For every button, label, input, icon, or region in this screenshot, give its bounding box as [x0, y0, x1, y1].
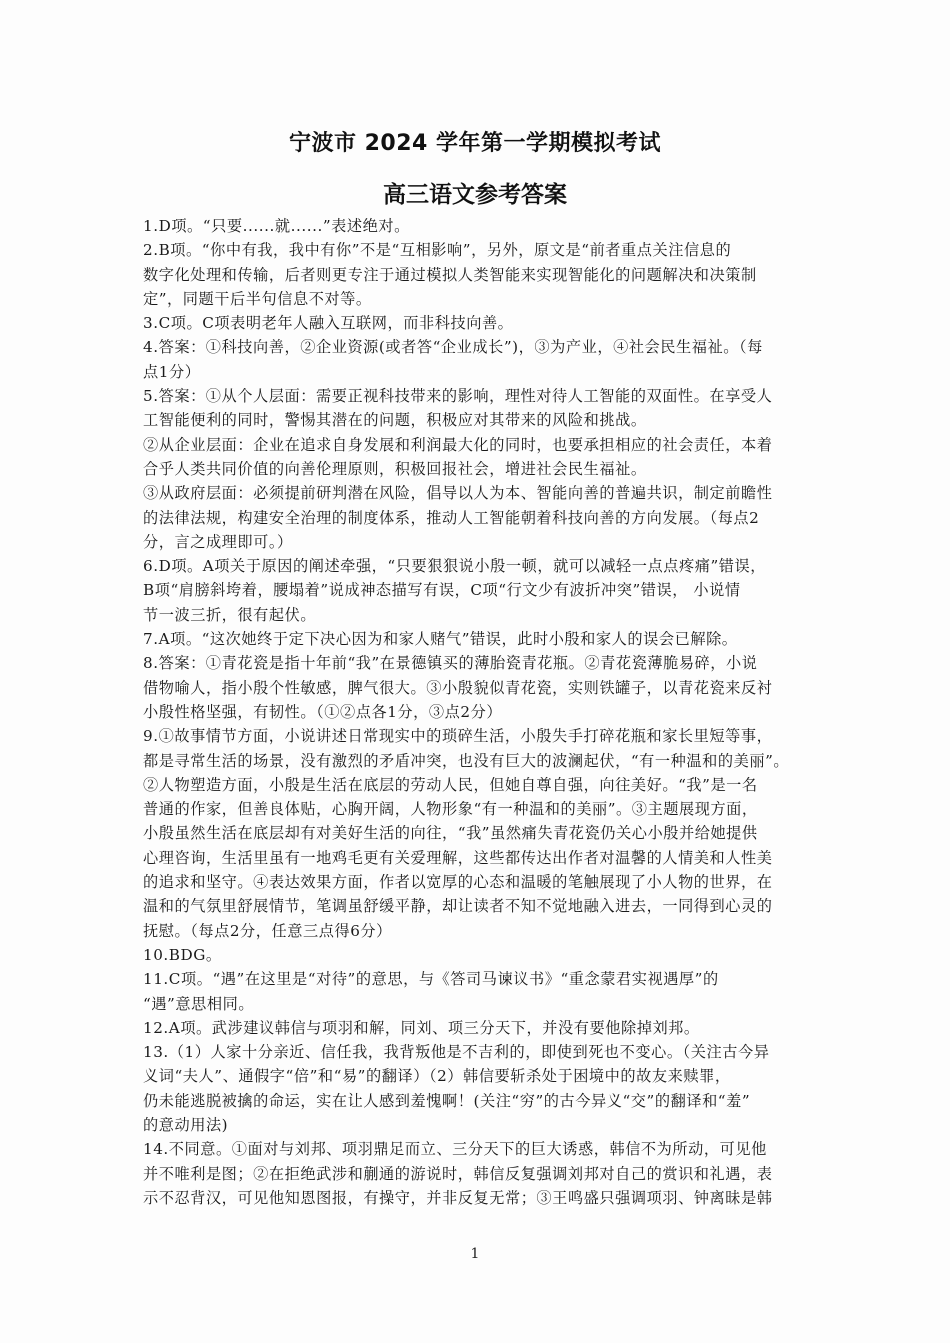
- text-line: 数字化处理和传输，后者则更专注于通过模拟人类智能来实现智能化的问题解决和决策制: [143, 263, 807, 287]
- text-line: 6.D项。A项关于原因的阐述牵强，“只要狠狠说小殷一顿，就可以减轻一点点疼痛”错…: [143, 554, 807, 578]
- text-line: 4.答案：①科技向善，②企业资源(或者答“企业成长”)，③为产业，④社会民生福祉…: [143, 335, 807, 359]
- text-line: 5.答案：①从个人层面：需要正视科技带来的影响，理性对待人工智能的双面性。在享受…: [143, 384, 807, 408]
- text-line: 都是寻常生活的场景，没有激烈的矛盾冲突，也没有巨大的波澜起伏，“有一种温和的美丽…: [143, 749, 807, 773]
- text-line: 心理咨询，生活里虽有一地鸡毛更有关爱理解，这些都传达出作者对温馨的人情美和人性美: [143, 846, 807, 870]
- text-line: 合乎人类共同价值的向善伦理原则，积极回报社会，增进社会民生福祉。: [143, 457, 807, 481]
- text-line: 借物喻人，指小殷个性敏感，脾气很大。③小殷貌似青花瓷，实则铁罐子，以青花瓷来反衬: [143, 676, 807, 700]
- text-line: B项“肩膀斜垮着，腰塌着”说成神态描写有误，C项“行文少有波折冲突”错误， 小说…: [143, 578, 807, 602]
- text-line: ②从企业层面：企业在追求自身发展和利润最大化的同时，也要承担相应的社会责任，本着: [143, 433, 807, 457]
- text-line: 分，言之成理即可。）: [143, 530, 807, 554]
- text-line: 点1分）: [143, 360, 807, 384]
- text-line: 义词“夫人”、通假字“倍”和“易”的翻译）（2）韩信要斩杀处于困境中的故友来赎罪…: [143, 1064, 807, 1088]
- text-line: 13.（1）人家十分亲近、信任我，我背叛他是不吉利的，即使到死也不变心。（关注古…: [143, 1040, 807, 1064]
- text-line: 节一波三折，很有起伏。: [143, 603, 807, 627]
- text-line: 抚慰。（每点2分，任意三点得6分）: [143, 919, 807, 943]
- text-line: 示不忍背汉，可见他知恩图报，有操守，并非反复无常；③王鸣盛只强调项羽、钟离昧是韩: [143, 1186, 807, 1210]
- text-line: ②人物塑造方面，小殷是生活在底层的劳动人民，但她自尊自强，向往美好。“我”是一名: [143, 773, 807, 797]
- text-line: 9.①故事情节方面，小说讲述日常现实中的琐碎生活，小殷失手打碎花瓶和家长里短等事…: [143, 724, 807, 748]
- text-line: 的法律法规，构建安全治理的制度体系，推动人工智能朝着科技向善的方向发展。（每点2: [143, 506, 807, 530]
- text-line: 小殷虽然生活在底层却有对美好生活的向往，“我”虽然痛失青花瓷仍关心小殷并给她提供: [143, 821, 807, 845]
- text-line: 8.答案：①青花瓷是指十年前“我”在景德镇买的薄胎瓷青花瓶。②青花瓷薄脆易碎，小…: [143, 651, 807, 675]
- text-line: 1.D项。“只要......就......”表述绝对。: [143, 214, 807, 238]
- text-line: 小殷性格坚强，有韧性。（①②点各1分，③点2分）: [143, 700, 807, 724]
- text-line: 工智能便利的同时，警惕其潜在的问题，积极应对其带来的风险和挑战。: [143, 408, 807, 432]
- text-line: 仍未能逃脱被擒的命运，实在让人感到羞愧啊！(关注“穷”的古今异义“交”的翻译和“…: [143, 1089, 807, 1113]
- text-line: 的意动用法): [143, 1113, 807, 1137]
- document-title: 宁波市 2024 学年第一学期模拟考试: [0, 126, 950, 157]
- text-line: “遇”意思相同。: [143, 992, 807, 1016]
- text-line: 并不唯利是图；②在拒绝武涉和蒯通的游说时，韩信反复强调刘邦对自己的赏识和礼遇，表: [143, 1162, 807, 1186]
- text-line: 10.BDG。: [143, 943, 807, 967]
- answer-body: 1.D项。“只要......就......”表述绝对。 2.B项。“你中有我，我…: [143, 214, 807, 1210]
- text-line: 14.不同意。①面对与刘邦、项羽鼎足而立、三分天下的巨大诱惑，韩信不为所动，可见…: [143, 1137, 807, 1161]
- page-number: 1: [0, 1246, 950, 1262]
- text-line: 12.A项。武涉建议韩信与项羽和解，同刘、项三分天下，并没有要他除掉刘邦。: [143, 1016, 807, 1040]
- document-page: 宁波市 2024 学年第一学期模拟考试 高三语文参考答案 1.D项。“只要...…: [0, 0, 950, 1343]
- text-line: 温和的气氛里舒展情节，笔调虽舒缓平静，却让读者不知不觉地融入进去，一同得到心灵的: [143, 894, 807, 918]
- text-line: 7.A项。“这次她终于定下决心因为和家人赌气”错误，此时小殷和家人的误会已解除。: [143, 627, 807, 651]
- text-line: 普通的作家，但善良体贴，心胸开阔，人物形象“有一种温和的美丽”。③主题展现方面，: [143, 797, 807, 821]
- text-line: 2.B项。“你中有我，我中有你”不是“互相影响”，另外，原文是“前者重点关注信息…: [143, 238, 807, 262]
- text-line: 定”，同题干后半句信息不对等。: [143, 287, 807, 311]
- document-subtitle: 高三语文参考答案: [0, 176, 950, 209]
- text-line: ③从政府层面：必须提前研判潜在风险，倡导以人为本、智能向善的普遍共识，制定前瞻性: [143, 481, 807, 505]
- text-line: 3.C项。C项表明老年人融入互联网，而非科技向善。: [143, 311, 807, 335]
- text-line: 的追求和坚守。④表达效果方面，作者以宽厚的心态和温暖的笔触展现了小人物的世界，在: [143, 870, 807, 894]
- text-line: 11.C项。“遇”在这里是“对待”的意思，与《答司马谏议书》“重念蒙君实视遇厚”…: [143, 967, 807, 991]
